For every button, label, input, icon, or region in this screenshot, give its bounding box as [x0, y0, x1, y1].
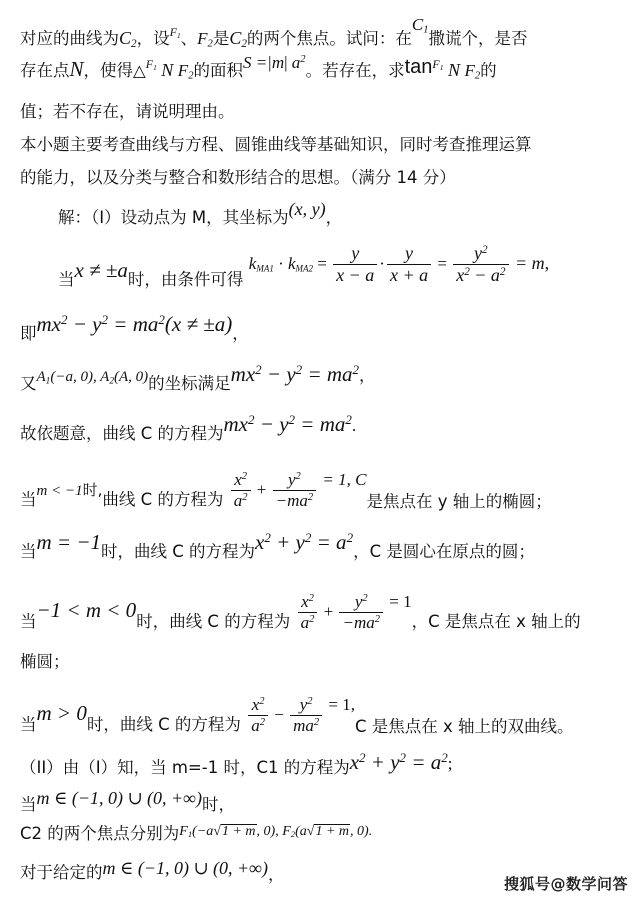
- text: 对应的曲线为: [20, 29, 119, 48]
- note-line-2: 的能力，以及分类与整合和数形结合的思想。（满分 14 分）: [20, 166, 456, 190]
- math-condition: x ≠ ±a: [75, 258, 128, 282]
- math-f1: F1: [432, 57, 443, 71]
- document-page: 对应的曲线为C2，设F1、F2是C2的两个焦点。试问：在C1撒谎个，是否 存在点…: [0, 0, 640, 905]
- slope-product-line: 当x ≠ ±a时，由条件可得 kMA1 · kMA2 = yx − a·yx +…: [58, 250, 549, 293]
- range-line-2: 对于给定的m ∈ (−1, 0) ∪ (0, +∞)，: [20, 856, 285, 881]
- math-c2: C2: [229, 28, 247, 48]
- case-m-between-continued: 椭圆；: [20, 650, 70, 674]
- problem-line-1: 对应的曲线为C2，设F1、F2是C2的两个焦点。试问：在C1撒谎个，是否: [20, 26, 528, 52]
- text: ，设: [137, 29, 170, 48]
- text: 时，曲线 C 的方程为: [101, 542, 255, 561]
- fraction-y: y2−ma2: [339, 593, 383, 632]
- text: ，: [232, 324, 249, 343]
- text: ，: [326, 208, 343, 227]
- text: C2 的两个焦点分别为: [20, 824, 179, 843]
- text: 时，曲线 C 的方程为: [136, 612, 290, 631]
- case-m-between: 当−1 < m < 0时，曲线 C 的方程为 x2a2 + y2−ma2 = 1…: [20, 585, 581, 637]
- text: 、: [181, 29, 198, 48]
- text: 当: [20, 542, 37, 561]
- fraction-2: yx + a: [387, 244, 431, 285]
- text: ，使得△: [84, 61, 146, 80]
- equation-ji-line: 即mx2 − y2 = ma2(x ≠ ±a)，: [20, 312, 249, 338]
- note-line-1: 本小题主要考查曲线与方程、圆锥曲线等基础知识，同时考查推理运算: [20, 133, 532, 157]
- math-coord: (x, y): [289, 199, 326, 219]
- math-condition: m < −1: [37, 483, 83, 499]
- text: 即: [20, 324, 37, 343]
- foci-line: C2 的两个焦点分别为F1(−a√1 + m, 0), F2(a√1 + m, …: [20, 822, 372, 848]
- text: 当: [20, 715, 37, 734]
- math-f2: F2: [178, 61, 194, 80]
- text: 又: [20, 374, 37, 393]
- fraction-x: x2a2: [231, 471, 251, 510]
- text: 时，由条件可得: [128, 270, 244, 289]
- math-curve-equation: mx2 − y2 = ma2: [224, 412, 352, 436]
- math-rhs: = 1,: [324, 695, 355, 714]
- math-c1: C1: [412, 15, 429, 34]
- math-c1-equation: x2 + y2 = a2: [350, 750, 448, 774]
- text: 解：（I）设动点为 M，其坐标为: [58, 208, 289, 227]
- math-curve-equation: mx2 − y2 = ma2: [231, 362, 359, 386]
- solution-intro: 解：（I）设动点为 M，其坐标为(x, y)，: [58, 205, 342, 230]
- text: 时,: [83, 481, 103, 499]
- text: .: [352, 416, 356, 435]
- case-m-less-minus-1: 当m < −1时,曲线 C 的方程为 x2a2 + y2−ma2 = 1, C是…: [20, 465, 552, 516]
- text: 的: [480, 61, 497, 80]
- math-curve-equation: mx2 − y2 = ma2(x ≠ ±a): [37, 312, 233, 336]
- text: 当: [58, 270, 75, 289]
- problem-line-3: 值；若不存在，请说明理由。: [20, 100, 235, 124]
- math-f2: F2: [197, 29, 213, 48]
- text: 撒谎个，是否: [429, 29, 528, 48]
- text: 故依题意，曲线 C 的方程为: [20, 424, 224, 443]
- math-condition: −1 < m < 0: [37, 598, 137, 622]
- math-condition: m = −1: [37, 530, 102, 554]
- math-end: = m,: [511, 253, 550, 273]
- case-m-equals-minus-1: 当m = −1时，曲线 C 的方程为x2 + y2 = a2，C 是圆心在原点的…: [20, 530, 535, 556]
- math-c2: C2: [119, 28, 137, 48]
- text: 的坐标满足: [148, 374, 231, 393]
- math-slope-product: kMA1 · kMA2: [249, 254, 313, 273]
- fraction-y: y2−ma2: [273, 471, 317, 510]
- text: ，C 是焦点在 x 轴上的: [412, 612, 581, 631]
- math-f1: F1: [170, 25, 181, 39]
- text: 是焦点在 y 轴上的椭圆；: [366, 492, 551, 511]
- text: ，: [359, 366, 376, 385]
- math-n: N: [70, 57, 84, 81]
- math-n: N: [443, 60, 464, 80]
- math-rhs: = 1, C: [318, 470, 366, 489]
- text: 当: [20, 490, 37, 509]
- text: 是: [213, 29, 230, 48]
- part-2-line: （II）由（I）知，当 m=-1 时，C1 的方程为x2 + y2 = a2;: [20, 750, 452, 776]
- math-condition: m > 0: [37, 701, 87, 725]
- equals: =: [313, 254, 331, 273]
- fraction-x: x2a2: [248, 696, 268, 735]
- text: 存在点: [20, 61, 70, 80]
- fraction-y: y2ma2: [290, 696, 322, 735]
- range-line-1: 当m ∈ (−1, 0) ∪ (0, +∞)时，: [20, 786, 235, 811]
- fraction-1: yx − a: [333, 244, 377, 285]
- watermark: 搜狐号@数学问答: [504, 873, 628, 894]
- text: ，: [268, 865, 285, 884]
- math-area-expr: S =|m| a2: [243, 53, 306, 72]
- text: 。若存在，求: [306, 61, 405, 80]
- text: 当: [20, 612, 37, 631]
- text: 的面积: [193, 61, 243, 80]
- text: ，C 是圆心在原点的圆；: [353, 542, 535, 561]
- text: 曲线 C 的方程为: [102, 490, 223, 509]
- fraction-x: x2a2: [298, 593, 318, 632]
- text: 当: [20, 795, 37, 814]
- text: 时，: [202, 795, 235, 814]
- points-line: 又A1(−a, 0), A2(A, 0)的坐标满足mx2 − y2 = ma2，: [20, 362, 376, 389]
- math-f1: F1: [146, 57, 157, 71]
- text: C 是焦点在 x 轴上的双曲线。: [355, 717, 574, 736]
- text: 的两个焦点。试问：在: [247, 29, 412, 48]
- math-n: N: [157, 60, 178, 80]
- text: （II）由（I）知，当 m=-1 时，C1 的方程为: [20, 758, 350, 777]
- math-rhs: = 1: [385, 592, 412, 611]
- math-range: m ∈ (−1, 0) ∪ (0, +∞): [37, 788, 203, 808]
- math-f2: F2: [464, 61, 480, 80]
- math-tan: tan: [405, 56, 433, 78]
- math-circle-equation: x2 + y2 = a2: [255, 530, 353, 554]
- fraction-3: y2x2 − a2: [453, 244, 508, 285]
- problem-line-2: 存在点N，使得△F1 N F2的面积S =|m| a2。若存在，求tanF1 N…: [20, 57, 497, 84]
- case-m-positive: 当m > 0时，曲线 C 的方程为 x2a2 − y2ma2 = 1,C 是焦点…: [20, 688, 574, 740]
- text: 对于给定的: [20, 863, 103, 882]
- math-range: m ∈ (−1, 0) ∪ (0, +∞): [103, 858, 269, 878]
- text: 时，曲线 C 的方程为: [87, 715, 241, 734]
- text: ;: [448, 754, 453, 773]
- curve-equation-line: 故依题意，曲线 C 的方程为mx2 − y2 = ma2.: [20, 412, 356, 438]
- math-foci: F1(−a√1 + m, 0), F2(a√1 + m, 0).: [179, 824, 372, 839]
- math-points: A1(−a, 0), A2(A, 0): [37, 369, 149, 385]
